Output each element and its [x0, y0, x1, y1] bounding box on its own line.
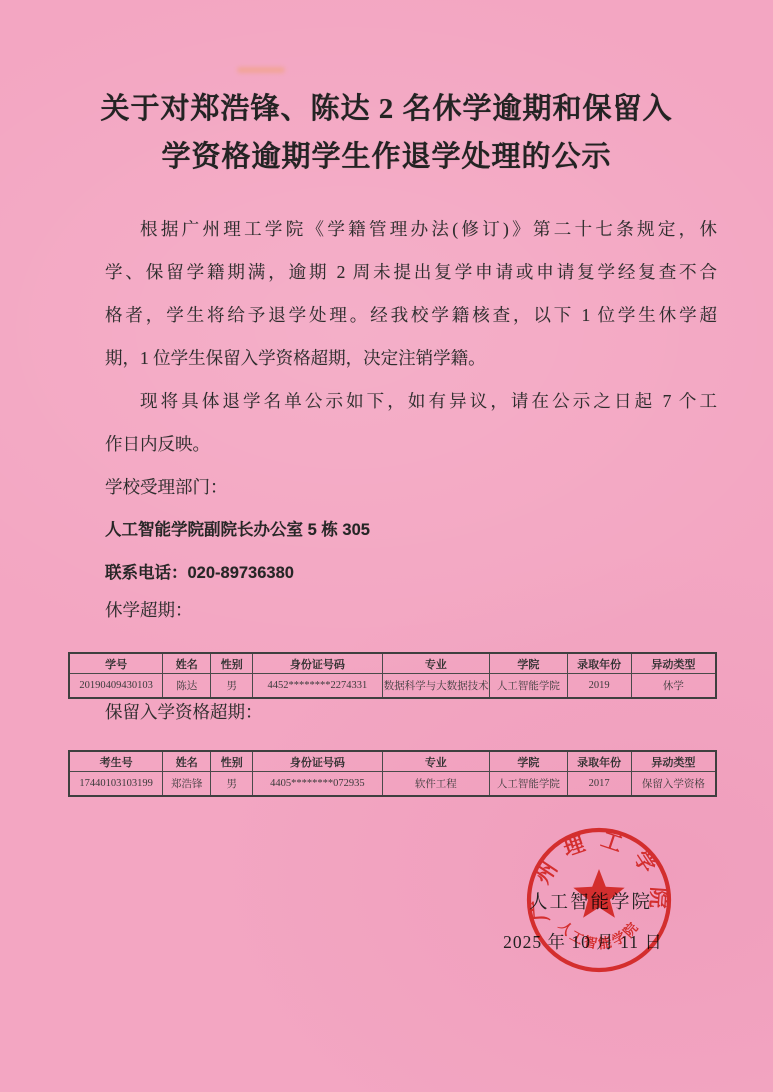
- body-line: 人工智能学院副院长办公室 5 栋 305: [105, 509, 717, 552]
- table-header-row: 学号姓名性别身份证号码专业学院录取年份异动类型: [69, 653, 716, 674]
- table-cell: 人工智能学院: [490, 772, 568, 797]
- leave-expired-label: 休学超期：: [105, 597, 193, 622]
- retain-expired-table: 考生号姓名性别身份证号码专业学院录取年份异动类型 17440103103199郑…: [68, 750, 717, 797]
- document-page: 关于对郑浩锋、陈达 2 名休学逾期和保留入 学资格逾期学生作退学处理的公示 根据…: [0, 0, 773, 1092]
- table-cell: 保留入学资格: [631, 772, 716, 797]
- table-cell: 4405********072935: [253, 772, 382, 797]
- table-header-row: 学号姓名性别身份证号码专业学院录取年份异动类型: [69, 653, 716, 674]
- scan-smudge: [237, 67, 285, 73]
- leave-expired-table: 学号姓名性别身份证号码专业学院录取年份异动类型 20190409430103陈达…: [68, 652, 717, 699]
- table-cell: 4452********2274331: [253, 674, 382, 699]
- table-cell: 软件工程: [382, 772, 489, 797]
- title-line-1: 关于对郑浩锋、陈达 2 名休学逾期和保留入: [0, 85, 773, 133]
- table-cell: 郑浩锋: [163, 772, 211, 797]
- table-header-cell: 学号: [69, 653, 163, 674]
- body-line: 格者，学生将给予退学处理。经我校学籍核查，以下 1 位学生休学超: [105, 294, 717, 337]
- table-body: 20190409430103陈达男4452********2274331数据科学…: [69, 674, 716, 699]
- body-line: 学、保留学籍期满，逾期 2 周未提出复学申请或申请复学经复查不合: [105, 251, 717, 294]
- document-title: 关于对郑浩锋、陈达 2 名休学逾期和保留入 学资格逾期学生作退学处理的公示: [0, 85, 773, 181]
- table-header-cell: 姓名: [163, 751, 211, 772]
- table-header-row: 考生号姓名性别身份证号码专业学院录取年份异动类型: [69, 751, 716, 772]
- table-row: 17440103103199郑浩锋男4405********072935软件工程…: [69, 772, 716, 797]
- body-line: 期，1 位学生保留入学资格超期，决定注销学籍。: [105, 337, 717, 380]
- title-line-2: 学资格逾期学生作退学处理的公示: [0, 133, 773, 181]
- table-row: 20190409430103陈达男4452********2274331数据科学…: [69, 674, 716, 699]
- table-header-cell: 姓名: [163, 653, 211, 674]
- body-line: 根据广州理工学院《学籍管理办法(修订)》第二十七条规定，休: [105, 208, 717, 251]
- table-header-cell: 性别: [211, 751, 253, 772]
- table-cell: 男: [211, 674, 253, 699]
- table-header-cell: 录取年份: [567, 751, 631, 772]
- table-cell: 20190409430103: [69, 674, 163, 699]
- body-line: 学校受理部门：: [105, 466, 717, 509]
- table-cell: 陈达: [163, 674, 211, 699]
- table-body: 17440103103199郑浩锋男4405********072935软件工程…: [69, 772, 716, 797]
- body-line: 作日内反映。: [105, 423, 717, 466]
- table-cell: 数据科学与大数据技术: [382, 674, 489, 699]
- table-header-cell: 性别: [211, 653, 253, 674]
- table-header-cell: 学院: [490, 653, 568, 674]
- document-body: 根据广州理工学院《学籍管理办法(修订)》第二十七条规定，休学、保留学籍期满，逾期…: [105, 208, 717, 595]
- table-header-row: 考生号姓名性别身份证号码专业学院录取年份异动类型: [69, 751, 716, 772]
- table-header-cell: 学院: [490, 751, 568, 772]
- table-header-cell: 考生号: [69, 751, 163, 772]
- body-line: 联系电话：020-89736380: [105, 552, 717, 595]
- retain-expired-label: 保留入学资格超期：: [105, 699, 263, 724]
- table-cell: 2017: [567, 772, 631, 797]
- table-cell: 2019: [567, 674, 631, 699]
- table-header-cell: 异动类型: [631, 751, 716, 772]
- table-cell: 人工智能学院: [490, 674, 568, 699]
- table-header-cell: 身份证号码: [253, 751, 382, 772]
- table-header-cell: 录取年份: [567, 653, 631, 674]
- table-header-cell: 身份证号码: [253, 653, 382, 674]
- table-cell: 男: [211, 772, 253, 797]
- star-icon: [573, 869, 624, 918]
- seal-inner-text: 人工智能学院: [556, 917, 643, 951]
- table-cell: 17440103103199: [69, 772, 163, 797]
- body-line: 现将具体退学名单公示如下，如有异议，请在公示之日起 7 个工: [105, 380, 717, 423]
- table-header-cell: 专业: [382, 751, 489, 772]
- official-seal-stamp: 广州理工学院 人工智能学院: [524, 825, 674, 975]
- table-header-cell: 异动类型: [631, 653, 716, 674]
- table-header-cell: 专业: [382, 653, 489, 674]
- table-cell: 休学: [631, 674, 716, 699]
